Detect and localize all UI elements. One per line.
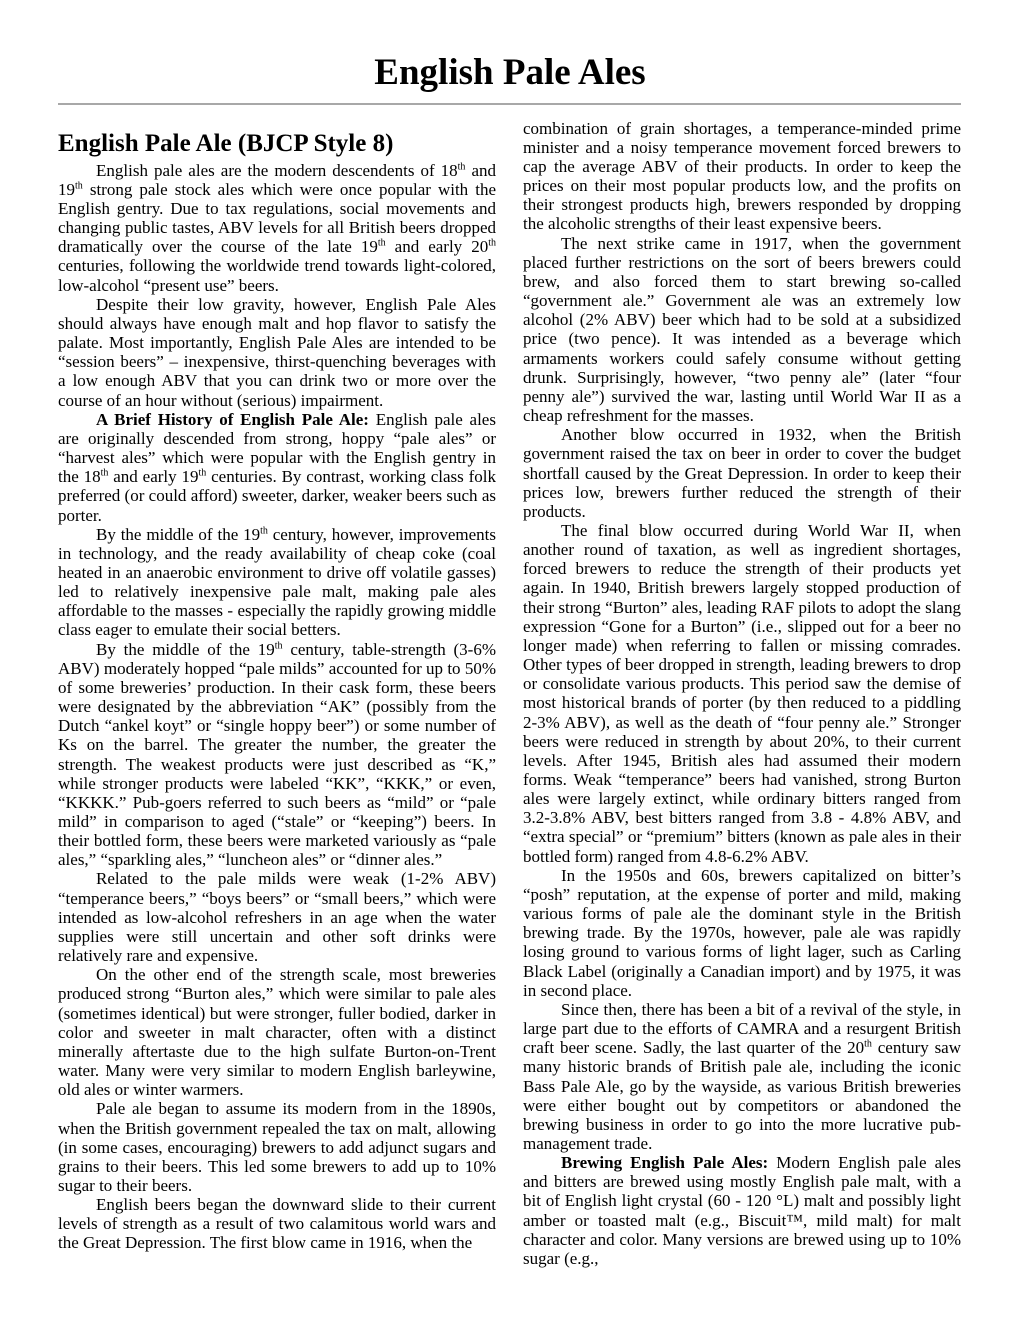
paragraph: The final blow occurred during World War… bbox=[523, 521, 961, 866]
paragraph: Brewing English Pale Ales: Modern Englis… bbox=[523, 1153, 961, 1268]
paragraph: Despite their low gravity, however, Engl… bbox=[58, 295, 496, 410]
paragraph: By the middle of the 19th century, table… bbox=[58, 640, 496, 870]
document-page: English Pale Ales English Pale Ale (BJCP… bbox=[0, 0, 1020, 1320]
paragraph: Since then, there has been a bit of a re… bbox=[523, 1000, 961, 1153]
page-title: English Pale Ales bbox=[0, 0, 1020, 94]
right-column: combination of grain shortages, a temper… bbox=[523, 119, 961, 1268]
paragraph: A Brief History of English Pale Ale: Eng… bbox=[58, 410, 496, 525]
paragraph: combination of grain shortages, a temper… bbox=[523, 119, 961, 234]
paragraph: Another blow occurred in 1932, when the … bbox=[523, 425, 961, 521]
paragraph: By the middle of the 19th century, howev… bbox=[58, 525, 496, 640]
title-divider-rule bbox=[58, 103, 961, 105]
section-heading: English Pale Ale (BJCP Style 8) bbox=[58, 130, 496, 158]
left-column: English Pale Ale (BJCP Style 8) English … bbox=[58, 119, 496, 1268]
paragraph: In the 1950s and 60s, brewers capitalize… bbox=[523, 866, 961, 1000]
paragraph: English pale ales are the modern descend… bbox=[58, 161, 496, 295]
paragraph: English beers began the downward slide t… bbox=[58, 1195, 496, 1252]
paragraph: Related to the pale milds were weak (1-2… bbox=[58, 869, 496, 965]
paragraph: On the other end of the strength scale, … bbox=[58, 965, 496, 1099]
two-column-body: English Pale Ale (BJCP Style 8) English … bbox=[0, 119, 1020, 1268]
paragraph: Pale ale began to assume its modern from… bbox=[58, 1099, 496, 1195]
paragraph: The next strike came in 1917, when the g… bbox=[523, 234, 961, 426]
